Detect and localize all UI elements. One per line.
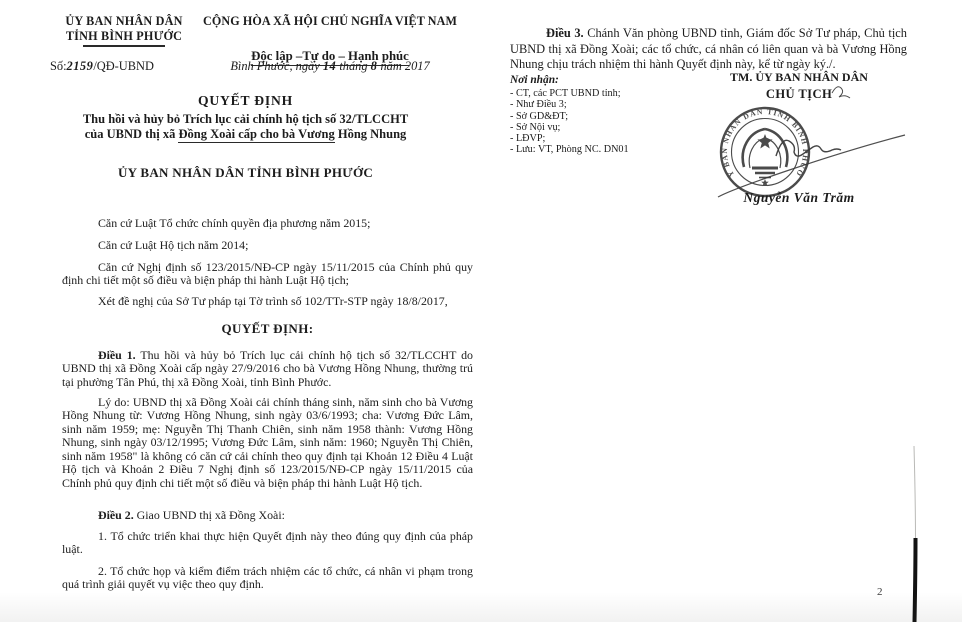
- subject-underlined-part: Đồng Xoài cấp cho bà Vương: [178, 127, 334, 143]
- doc-no-handwritten: 2159: [67, 59, 94, 73]
- preamble-paragraph-3: Căn cứ Nghị định số 123/2015/NĐ-CP ngày …: [62, 261, 473, 288]
- recipient-item: - CT, các PCT UBND tỉnh;: [510, 88, 720, 99]
- article-2: Điều 2. Giao UBND thị xã Đồng Xoài:: [62, 509, 473, 523]
- article-2-label: Điều 2.: [98, 508, 134, 522]
- org-underline-rule: [83, 45, 165, 46]
- title-subject: Thu hồi và hủy bỏ Trích lục cải chính hộ…: [18, 112, 473, 142]
- doc-no-label: Số:: [50, 59, 67, 73]
- seal-wreath-right: [765, 129, 787, 167]
- seal-center-star-icon: [757, 134, 772, 148]
- page-2: Điều 3. Chánh Văn phòng UBND tỉnh, Giám …: [487, 0, 962, 622]
- document-number: Số:2159/QĐ-UBND: [50, 59, 154, 74]
- recipients-block: Nơi nhận: - CT, các PCT UBND tỉnh; - Như…: [510, 74, 720, 156]
- preamble-paragraph-1: Căn cứ Luật Tổ chức chính quyền địa phươ…: [62, 217, 473, 231]
- article-2-item-1: 1. Tổ chức triển khai thực hiện Quyết đị…: [62, 530, 473, 557]
- subject-line2: của UBND thị xã Đồng Xoài cấp cho bà Vươ…: [18, 127, 473, 142]
- initial-flourish-stroke: [832, 87, 850, 98]
- scanned-decision-document: ỦY BAN NHÂN DÂN TỈNH BÌNH PHƯỚC Số:2159/…: [0, 0, 962, 622]
- preamble-paragraph-4: Xét đề nghị của Sở Tư pháp tại Tờ trình …: [62, 295, 473, 309]
- scan-bottom-shadow: [0, 592, 962, 622]
- title-heading: QUYẾT ĐỊNH: [18, 93, 473, 109]
- preamble-paragraph-2: Căn cứ Luật Hộ tịch năm 2014;: [62, 239, 473, 253]
- recipient-item: - Sở GD&ĐT;: [510, 111, 720, 122]
- article-1-label: Điều 1.: [98, 348, 136, 362]
- article-3-label: Điều 3.: [546, 26, 584, 40]
- date-day-handwritten: 14: [323, 59, 336, 73]
- subject-line1: Thu hồi và hủy bỏ Trích lục cải chính hộ…: [18, 112, 473, 127]
- decision-heading: QUYẾT ĐỊNH:: [62, 322, 473, 336]
- recipient-item: - LĐVP;: [510, 133, 720, 144]
- national-name: CỘNG HÒA XÃ HỘI CHỦ NGHĨA VIỆT NAM: [196, 14, 464, 29]
- doc-no-suffix: /QĐ-UBND: [93, 59, 154, 73]
- page-1: ỦY BAN NHÂN DÂN TỈNH BÌNH PHƯỚC Số:2159/…: [0, 0, 487, 622]
- signer-name: Nguyễn Văn Trăm: [719, 190, 879, 206]
- org-name-line1: ỦY BAN NHÂN DÂN: [46, 14, 202, 29]
- article-2-item-2: 2. Tổ chức họp và kiểm điểm trách nhiệm …: [62, 565, 473, 592]
- recipient-item: - Lưu: VT, Phòng NC. DN01: [510, 144, 720, 155]
- seal-wreath-left: [743, 129, 765, 167]
- seal-inner-ring: [732, 119, 799, 186]
- place-date-line: Bình Phước, ngày 14 tháng 8 năm 2017: [196, 59, 464, 74]
- article-1: Điều 1. Thu hồi và hủy bỏ Trích lục cải …: [62, 349, 473, 390]
- org-name-line2: TỈNH BÌNH PHƯỚC: [46, 29, 202, 44]
- official-seal: ỦY BAN NHÂN DÂN TỈNH BÌNH PHƯỚC: [720, 107, 810, 196]
- recipient-item: - Như Điều 3;: [510, 99, 720, 110]
- reason-paragraph: Lý do: UBND thị xã Đồng Xoài cải chính t…: [62, 396, 473, 491]
- recipients-label: Nơi nhận:: [510, 74, 720, 86]
- document-title-block: QUYẾT ĐỊNH Thu hồi và hủy bỏ Trích lục c…: [18, 93, 473, 142]
- deciding-authority: ỦY BAN NHÂN DÂN TỈNH BÌNH PHƯỚC: [18, 165, 473, 181]
- issuing-org-block: ỦY BAN NHÂN DÂN TỈNH BÌNH PHƯỚC: [46, 14, 202, 47]
- recipient-item: - Sở Nội vụ;: [510, 122, 720, 133]
